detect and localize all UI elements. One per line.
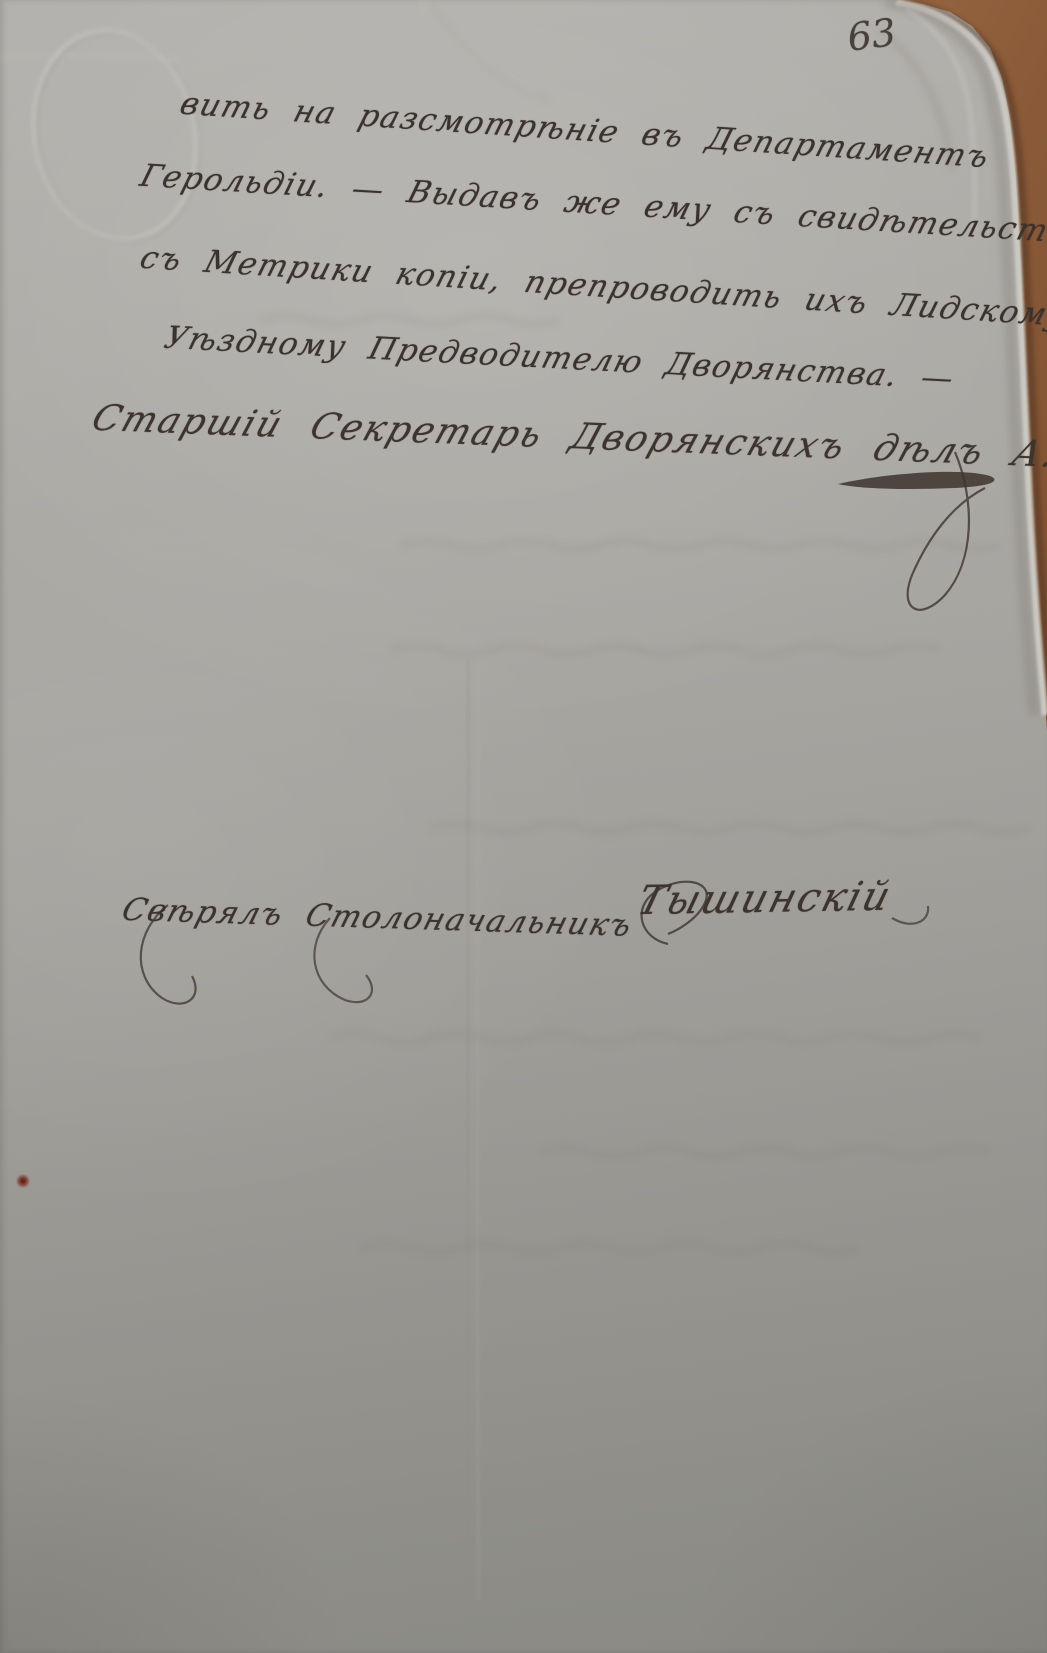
verifier-signature: Тышинскій [633, 874, 897, 925]
folio-number: 63 [845, 10, 898, 60]
document-photo: 63 вить на разсмотрѣніе въ Департаментъ … [0, 0, 1047, 1653]
